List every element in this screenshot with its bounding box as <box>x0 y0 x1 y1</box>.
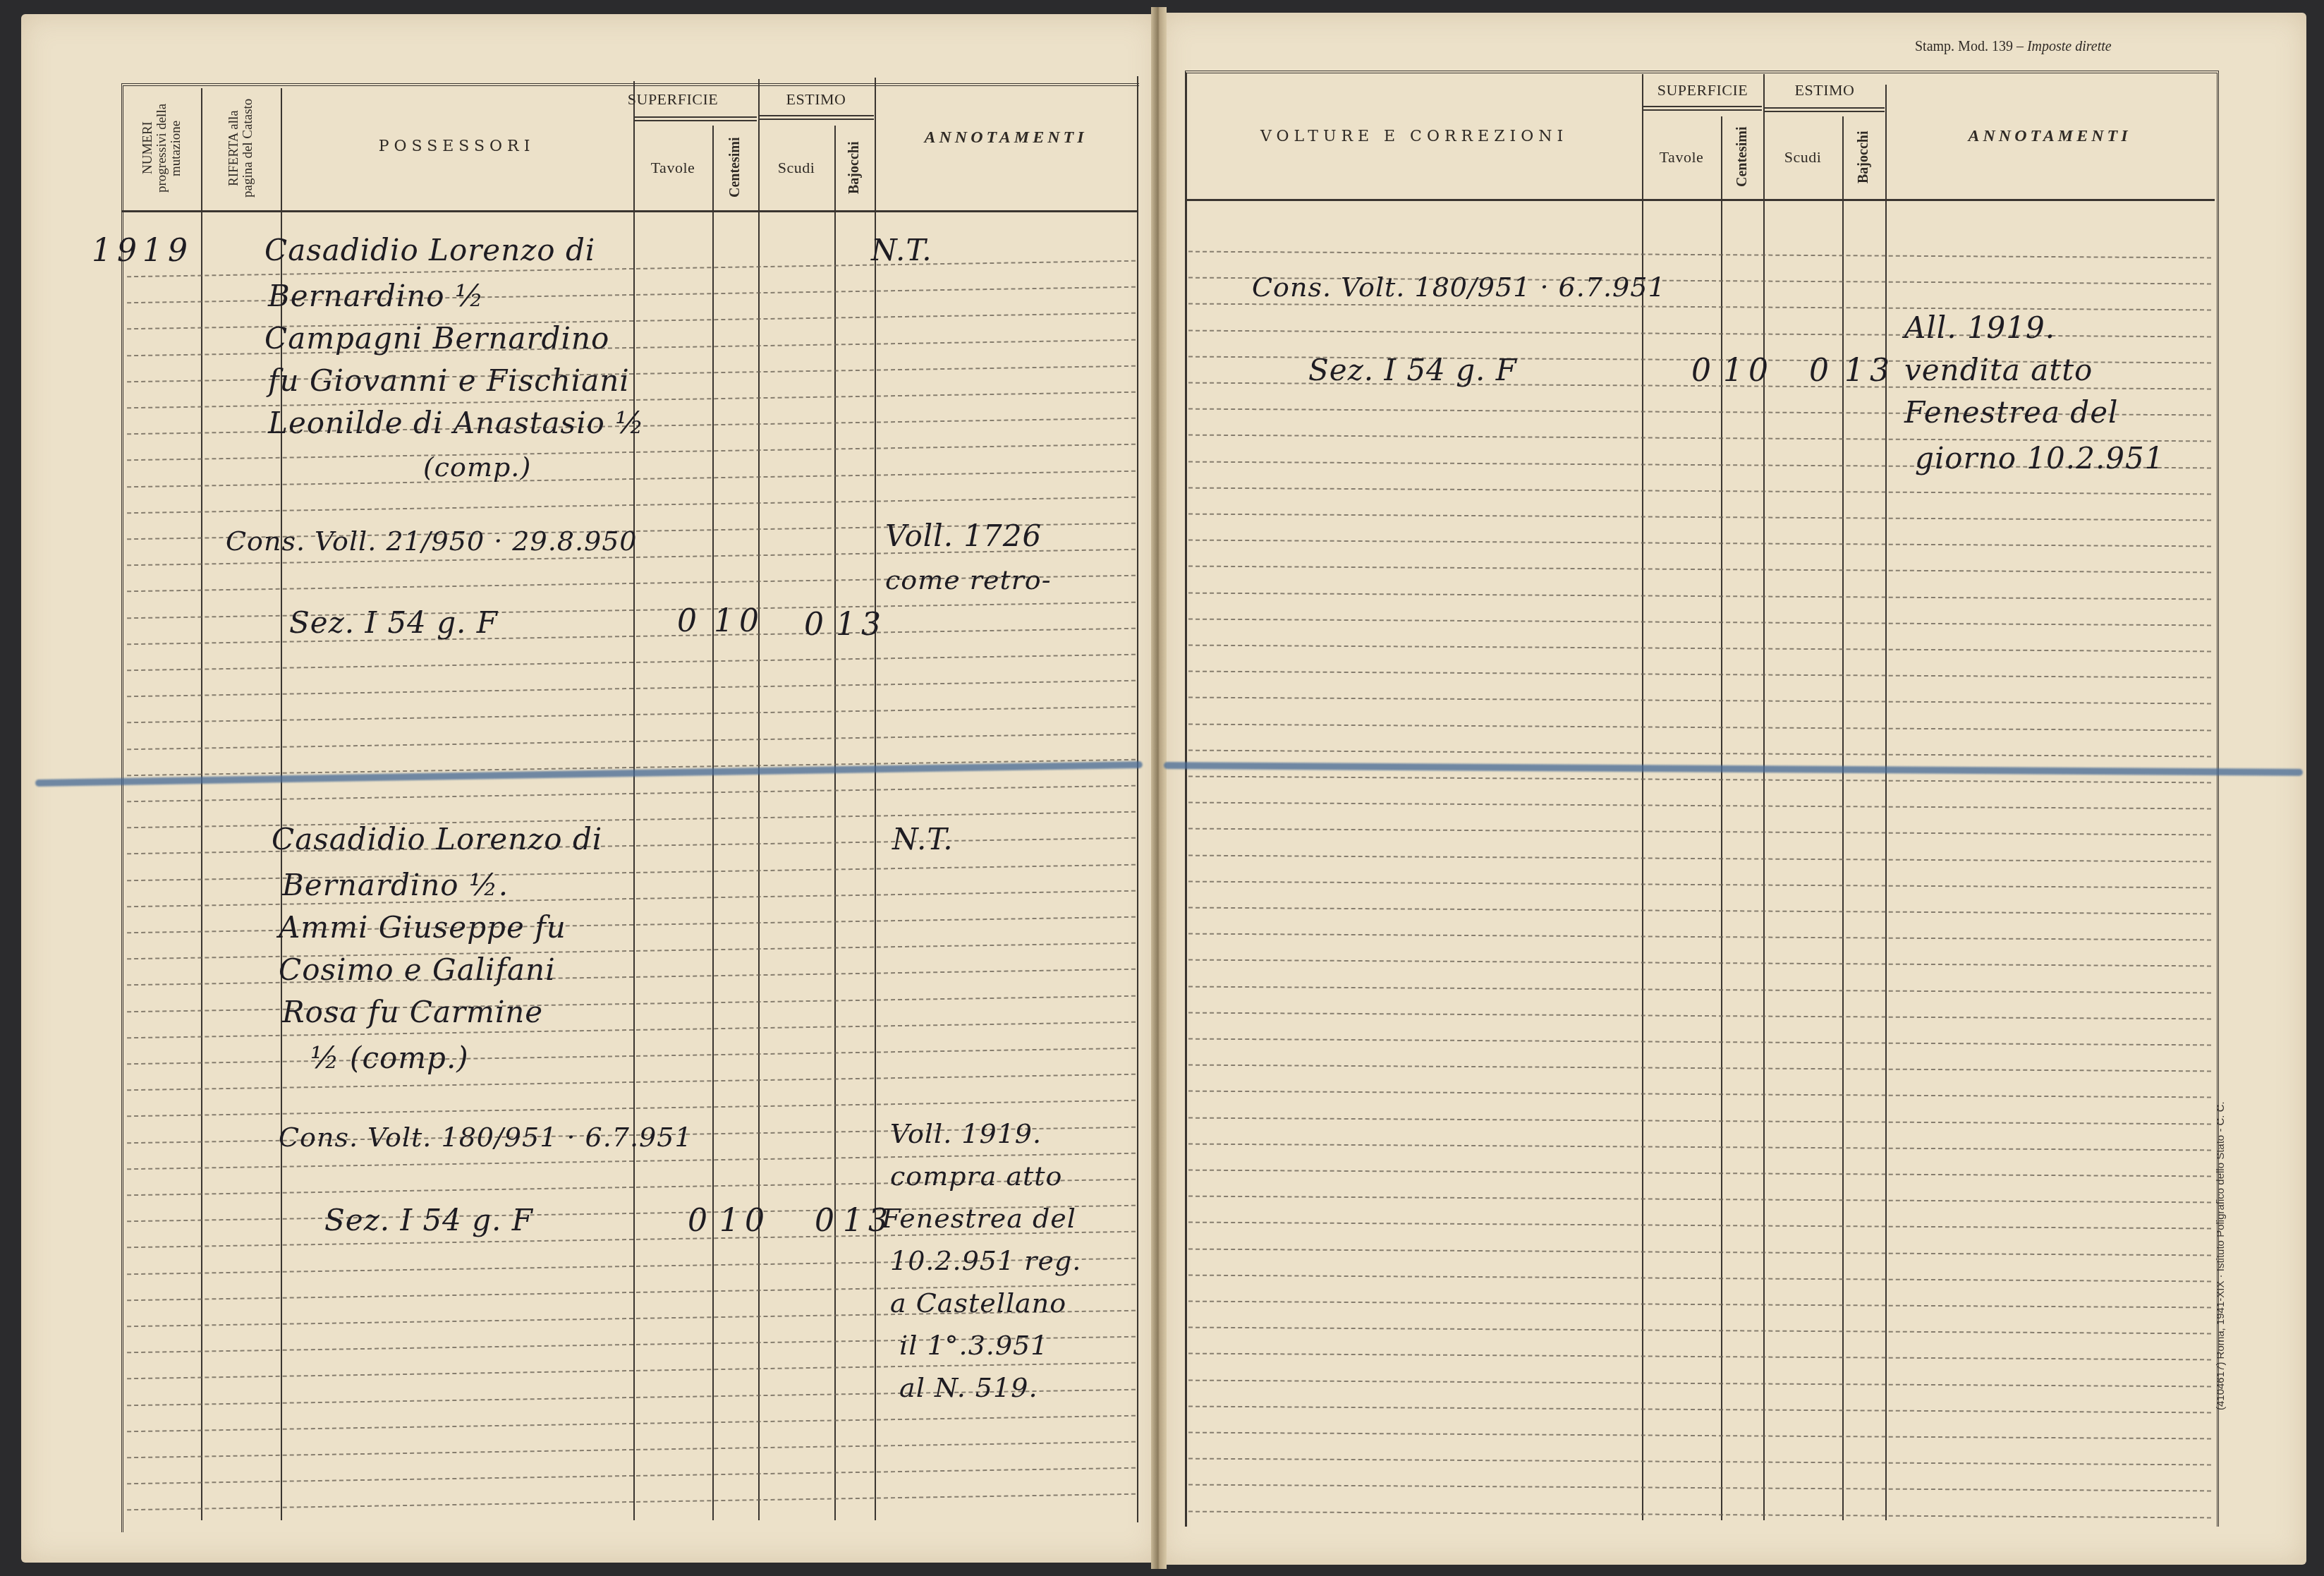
right-estimo-underline <box>1765 107 1885 109</box>
entry-2-particella: Sez. I 54 g. F <box>324 1203 533 1237</box>
entry-2-possessore-line: Ammi Giuseppe fu <box>279 910 566 945</box>
entry-1-scudi: 0 <box>804 607 829 643</box>
right-entry-tavole: 0 <box>1691 353 1717 389</box>
right-entry-annotamento-line: vendita atto <box>1904 353 2093 387</box>
entry-2-possessore-line: Bernardino ½. <box>282 868 509 902</box>
right-entry-annotamento-line: giorno 10.2.951 <box>1915 441 2164 475</box>
right-entry-bajocchi: 13 <box>1844 353 1895 389</box>
entry-1-possessore-line: Casadidio Lorenzo di <box>264 233 595 267</box>
superficie-underline <box>635 116 757 118</box>
entry-1-bajocchi: 13 <box>836 607 887 643</box>
right-superficie-underline <box>1643 106 1762 107</box>
entry-2-possessore-line: Rosa fu Carmine <box>282 995 543 1029</box>
right-header-bottom-rule <box>1185 199 2215 201</box>
header-centesimi: Centesimi <box>714 127 756 208</box>
left-col-divider <box>1137 76 1138 1522</box>
header-right-annotamenti: ANNOTAMENTI <box>1887 76 2213 196</box>
right-col-divider <box>1721 116 1722 1520</box>
entry-1-voltura: Cons. Voll. 21/950 · 29.8.950 <box>226 526 638 557</box>
right-entry-centesimi: 10 <box>1723 353 1774 389</box>
header-annotamenti: ANNOTAMENTI <box>876 85 1136 190</box>
entry-2-possessore-line: Cosimo e Galifani <box>279 952 556 987</box>
entry-2-annotamento-line: al N. 519. <box>899 1372 1038 1403</box>
entry-2-annotamento-line: 10.2.951 reg. <box>890 1245 1081 1276</box>
header-right-scudi: Scudi <box>1765 116 1841 198</box>
entry-2-annotamento-line: Voll. 1919. <box>890 1118 1042 1149</box>
entry-1-annotamento-line: come retro- <box>885 564 1052 595</box>
header-right-centesimi: Centesimi <box>1722 116 1762 198</box>
form-model-number: Stamp. Mod. 139 – <box>1915 39 2024 54</box>
entry-1-possessore-line: (comp.) <box>423 451 531 483</box>
entry-2-centesimi: 10 <box>719 1203 770 1239</box>
entry-1-possessore-line: Leonilde di Anastasio ½ <box>268 406 645 440</box>
entry-1-particella: Sez. I 54 g. F <box>289 605 498 640</box>
header-tavole: Tavole <box>635 127 711 208</box>
header-riferta: RIFERTA alla pagina del Catasto <box>206 92 276 205</box>
left-col-divider <box>758 79 760 1520</box>
left-header-bottom-rule <box>121 210 1137 212</box>
entry-1-centesimi: 10 <box>714 603 765 639</box>
entry-1-possessore-line: fu Giovanni e Fischiani <box>268 363 630 398</box>
entry-1-annotamento: N.T. <box>871 233 932 267</box>
form-tax-type: Imposte dirette <box>2027 39 2112 54</box>
estimo-underline <box>760 115 874 116</box>
header-right-bajocchi: Bajocchi <box>1844 116 1884 198</box>
left-col-divider <box>834 126 836 1520</box>
right-entry-annotamento-line: All. 1919. <box>1904 310 2055 345</box>
entry-1-annotamento-line: Voll. 1726 <box>885 519 1042 553</box>
header-right-estimo: ESTIMO <box>1765 74 1885 106</box>
header-bajocchi: Bajocchi <box>836 127 873 208</box>
right-entry-particella: Sez. I 54 g. F <box>1308 353 1517 387</box>
right-col-divider <box>1842 116 1844 1520</box>
left-col-divider <box>633 81 635 1520</box>
entry-1-possessore-line: Campagni Bernardino <box>264 321 609 356</box>
entry-2-scudi: 0 <box>815 1203 840 1239</box>
header-volture: VOLTURE E CORREZIONI <box>1188 76 1640 196</box>
entry-2-annotamento: N.T. <box>892 822 954 856</box>
header-right-superficie: SUPERFICIE <box>1643 74 1762 106</box>
entry-2-annotamento-line: Fenestrea del <box>882 1203 1076 1234</box>
printer-imprint: (4104617) Roma, 1941-XIX · Istituto Poli… <box>2215 1044 2227 1467</box>
form-model-label: Stamp. Mod. 139 – Imposte dirette <box>1915 39 2112 55</box>
right-entry-voltura: Cons. Volt. 180/951 · 6.7.951 <box>1252 272 1666 303</box>
right-entry-annotamento-line: Fenestrea del <box>1904 395 2119 430</box>
entry-2-annotamento-line: compra atto <box>890 1160 1063 1192</box>
entry-1-numero: 1919 <box>92 233 193 269</box>
header-scudi: Scudi <box>760 127 833 208</box>
entry-2-tavole: 0 <box>688 1203 713 1239</box>
header-right-tavole: Tavole <box>1643 116 1720 198</box>
header-possessori: POSSESSORI <box>282 85 631 208</box>
entry-2-annotamento-line: a Castellano <box>890 1287 1066 1319</box>
entry-1-tavole: 0 <box>677 603 702 639</box>
entry-2-possessore-line: ½ (comp.) <box>310 1041 469 1075</box>
right-col-divider <box>1763 74 1765 1520</box>
left-col-divider <box>712 126 714 1520</box>
header-riferta-label: RIFERTA alla pagina del Catasto <box>227 92 255 205</box>
header-numeri-label: NUMERI progressivi della mutazione <box>141 92 183 205</box>
entry-2-voltura: Cons. Volt. 180/951 · 6.7.951 <box>279 1122 693 1153</box>
header-numeri: NUMERI progressivi della mutazione <box>127 92 197 205</box>
left-col-divider <box>875 78 876 1520</box>
book-gutter <box>1151 7 1167 1569</box>
left-col-divider <box>201 88 202 1520</box>
entry-2-possessore-line: Casadidio Lorenzo di <box>272 822 602 856</box>
header-estimo: ESTIMO <box>760 83 872 115</box>
entry-2-annotamento-line: il 1°.3.951 <box>899 1330 1048 1361</box>
header-superficie: SUPERFICIE <box>635 83 711 115</box>
right-entry-scudi: 0 <box>1809 353 1835 389</box>
entry-1-possessore-line: Bernardino ½ <box>268 279 485 313</box>
